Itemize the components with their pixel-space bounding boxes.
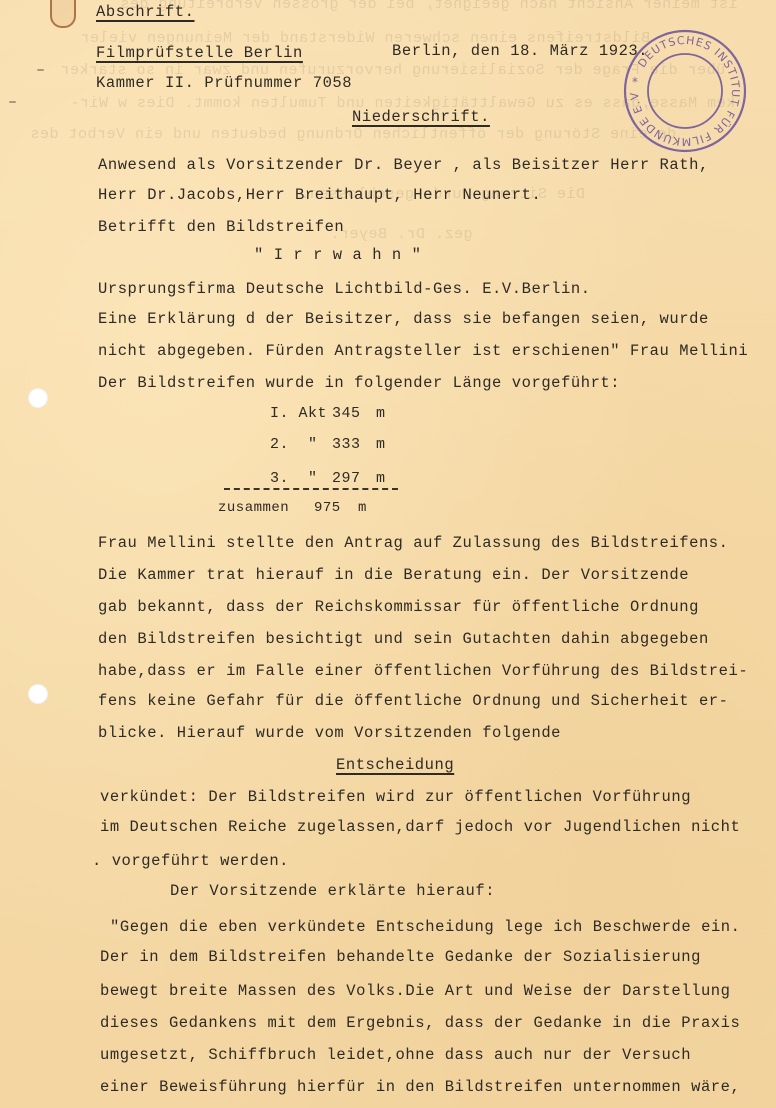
act-length: 297 — [332, 470, 376, 487]
origin-company: Ursprungsfirma Deutsche Lichtbild-Ges. E… — [98, 280, 591, 298]
act-row: I. Akt345m — [270, 405, 386, 422]
act-label: 3. " — [270, 470, 332, 487]
attendance-line-1: Anwesend als Vorsitzender Dr. Beyer , al… — [98, 156, 709, 174]
appeal-line: Der in dem Bildstreifen behandelte Gedan… — [100, 948, 701, 966]
body-line: gab bekannt, dass der Reichskommissar fü… — [98, 598, 699, 616]
act-label: I. Akt — [270, 405, 332, 422]
attendance-line-2: Herr Dr.Jacobs,Herr Breithaupt, Herr Neu… — [98, 186, 541, 204]
margin-mark: – — [36, 62, 45, 79]
body-line: blicke. Hierauf wurde vom Vorsitzenden f… — [98, 724, 561, 742]
body-line: Frau Mellini stellte den Antrag auf Zula… — [98, 534, 729, 552]
act-row: 3. "297m — [270, 470, 386, 487]
appeal-line: dieses Gedankens mit dem Ergebnis, dass … — [100, 1014, 740, 1032]
sum-underline — [224, 488, 398, 490]
act-unit: m — [376, 436, 386, 453]
bleed-through-line: ist meiner Ansicht nach geeignet, bei de… — [120, 0, 738, 13]
punch-hole — [28, 684, 48, 704]
total-row: zusammen975m — [218, 500, 367, 516]
declaration-line-1: Eine Erklärung d der Beisitzer, dass sie… — [98, 310, 709, 328]
act-unit: m — [376, 470, 386, 487]
staple-rust-mark — [50, 0, 76, 28]
total-label: zusammen — [218, 500, 314, 516]
appeal-line: bewegt breite Massen des Volks.Die Art u… — [100, 982, 731, 1000]
act-label: 2. " — [270, 436, 332, 453]
body-line: fens keine Gefahr für die öffentliche Or… — [98, 692, 729, 710]
document-heading: Niederschrift. — [352, 108, 490, 126]
decision-line: im Deutschen Reiche zugelassen,darf jedo… — [100, 818, 740, 836]
appeal-line: einer Beweisführung hierfür in den Bilds… — [100, 1078, 740, 1096]
act-length: 333 — [332, 436, 376, 453]
copy-label: Abschrift. — [96, 3, 195, 21]
body-line: den Bildstreifen besichtigt und sein Gut… — [98, 630, 709, 648]
decision-line: verkündet: Der Bildstreifen wird zur öff… — [100, 788, 691, 806]
act-unit: m — [376, 405, 386, 422]
length-intro: Der Bildstreifen wurde in folgender Läng… — [98, 374, 620, 392]
chamber-number: Kammer II. Prüfnummer 7058 — [96, 74, 352, 92]
film-title: " I r r w a h n " — [254, 246, 421, 264]
place-date: Berlin, den 18. März 1923. — [392, 42, 648, 60]
chair-statement: Der Vorsitzende erklärte hierauf: — [170, 882, 495, 900]
punch-hole — [28, 388, 48, 408]
body-line: habe,dass er im Falle einer öffentlichen… — [98, 662, 748, 680]
body-line: Die Kammer trat hierauf in die Beratung … — [98, 566, 689, 584]
margin-mark: – — [8, 94, 17, 111]
bleed-through-line: gez. Dr. Beyer. — [330, 226, 473, 243]
document-page: ist meiner Ansicht nach geeignet, bei de… — [0, 0, 776, 1108]
total-unit: m — [358, 500, 367, 516]
decision-line: . vorgeführt werden. — [92, 852, 289, 870]
office-name: Filmprüfstelle Berlin — [96, 44, 303, 62]
decision-heading: Entscheidung — [336, 756, 454, 774]
svg-text:*: * — [632, 75, 638, 89]
total-length: 975 — [314, 500, 358, 516]
appeal-line: umgesetzt, Schiffbruch leidet,ohne dass … — [100, 1046, 691, 1064]
bleed-through-line: de eine Störung der öffentlichen Ordnung… — [30, 126, 676, 143]
declaration-line-2: nicht abgegeben. Fürden Antragsteller is… — [98, 342, 748, 360]
institute-stamp: DEUTSCHES INSTITUT FÜR FILMKUNDE E.V. * — [622, 28, 748, 154]
act-row: 2. "333m — [270, 436, 386, 453]
appeal-line: "Gegen die eben verkündete Entscheidung … — [110, 918, 741, 936]
act-length: 345 — [332, 405, 376, 422]
subject-line: Betrifft den Bildstreifen — [98, 218, 344, 236]
